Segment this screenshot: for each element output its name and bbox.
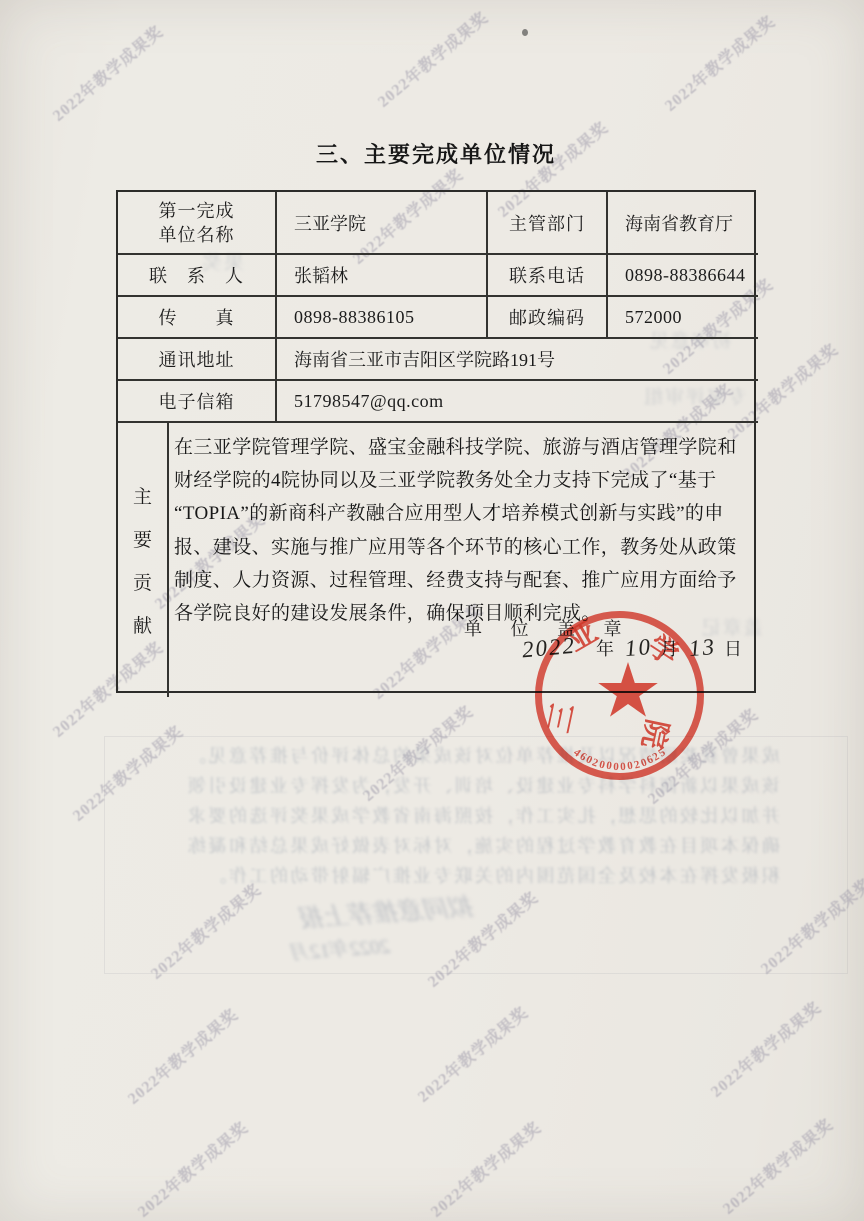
watermark-text: 2022年教学成果奖 bbox=[425, 1115, 546, 1221]
watermark-text: 2022年教学成果奖 bbox=[412, 1000, 533, 1106]
contribution-label-char: 贡 bbox=[133, 568, 152, 595]
label-mailing-address: 通讯地址 bbox=[118, 337, 275, 379]
contribution-line: 在三亚学院管理学院、盛宝金融科技学院、旅游与酒店管理学院和 bbox=[174, 432, 754, 465]
seal-date: 2022 年 10 月 13 日 bbox=[522, 635, 742, 661]
seal-char: 三 bbox=[542, 698, 582, 738]
date-day-handwritten: 13 bbox=[688, 634, 717, 662]
value-mailing-address: 海南省三亚市吉阳区学院路191号 bbox=[275, 337, 758, 379]
value-postal-code: 572000 bbox=[606, 295, 758, 337]
label-first-completing-unit: 第一完成 单位名称 bbox=[118, 192, 275, 253]
date-year-unit: 年 bbox=[596, 635, 614, 661]
label-contact-phone: 联系电话 bbox=[486, 253, 606, 295]
bleed-line: 该成果以新商科学科专业建设、培训、开发，为发挥专业建设引领 bbox=[112, 772, 780, 800]
label-fax: 传 真 bbox=[118, 295, 275, 337]
contribution-label-char: 主 bbox=[133, 482, 152, 509]
label-contact-person: 联 系 人 bbox=[118, 253, 275, 295]
watermark-text: 2022年教学成果奖 bbox=[122, 1002, 243, 1108]
bleed-line: 确保本项目在教育教学过程的实施，对标对表做好成果总结和凝练 bbox=[112, 832, 780, 860]
watermark-text: 2022年教学成果奖 bbox=[659, 9, 780, 115]
label-postal-code: 邮政编码 bbox=[486, 295, 606, 337]
date-year-handwritten: 2022 bbox=[521, 633, 577, 664]
bleed-line: 成果曾获奖励情况以及推荐单位对该成果的总体评价与推荐意见。 bbox=[112, 742, 780, 770]
value-contact-phone: 0898-88386644 bbox=[606, 253, 758, 295]
watermark-text: 2022年教学成果奖 bbox=[705, 995, 826, 1101]
label-email: 电子信箱 bbox=[118, 379, 275, 421]
unit-info-table: 第一完成 单位名称 三亚学院 主管部门 海南省教育厅 联 系 人 张韬林 联系电… bbox=[116, 190, 756, 693]
value-unit-name: 三亚学院 bbox=[275, 192, 486, 253]
contribution-line: “TOPIA”的新商科产教融合应用型人才培养模式创新与实践”的申 bbox=[174, 498, 754, 531]
date-month-unit: 月 bbox=[660, 635, 678, 661]
bleed-line: 并加以比较的思想，扎实工作，按照海南省教学成果奖评选的要求 bbox=[112, 802, 780, 830]
date-day-unit: 日 bbox=[724, 635, 742, 661]
watermark-text: 2022年教学成果奖 bbox=[717, 1112, 838, 1218]
value-supervising-department: 海南省教育厅 bbox=[606, 192, 758, 253]
contribution-line: 制度、人力资源、过程管理、经费支持与配套、推广应用方面给予 bbox=[174, 565, 754, 598]
value-contact-person: 张韬林 bbox=[275, 253, 486, 295]
label-supervising-department: 主管部门 bbox=[486, 192, 606, 253]
value-email: 51798547@qq.com bbox=[275, 379, 758, 421]
page-title: 三、主要完成单位情况 bbox=[116, 138, 756, 169]
watermark-text: 2022年教学成果奖 bbox=[47, 19, 168, 125]
label-main-contribution: 主要贡献 bbox=[118, 421, 169, 697]
watermark-text: 2022年教学成果奖 bbox=[372, 5, 493, 111]
watermark-text: 2022年教学成果奖 bbox=[132, 1115, 253, 1221]
scanned-document-page: 2022年教学成果奖2022年教学成果奖2022年教学成果奖2022年教学成果奖… bbox=[0, 0, 864, 1221]
scan-speck bbox=[522, 29, 528, 36]
contribution-line: 财经学院的4院协同以及三亚学院教务处全力支持下完成了“基于 bbox=[174, 465, 754, 498]
contribution-line: 报、建设、实施与推广应用等各个环节的核心工作，教务处从政策 bbox=[174, 532, 754, 565]
contribution-label-char: 要 bbox=[133, 525, 152, 552]
label-text: 第一完成 单位名称 bbox=[159, 199, 235, 247]
contribution-label-char: 献 bbox=[133, 611, 152, 638]
date-month-handwritten: 10 bbox=[624, 634, 653, 662]
value-fax: 0898-88386105 bbox=[275, 295, 486, 337]
bleed-line: 积极发挥在本校及全国范围内的关联专业推广辐射带动的工作。 bbox=[112, 862, 780, 890]
